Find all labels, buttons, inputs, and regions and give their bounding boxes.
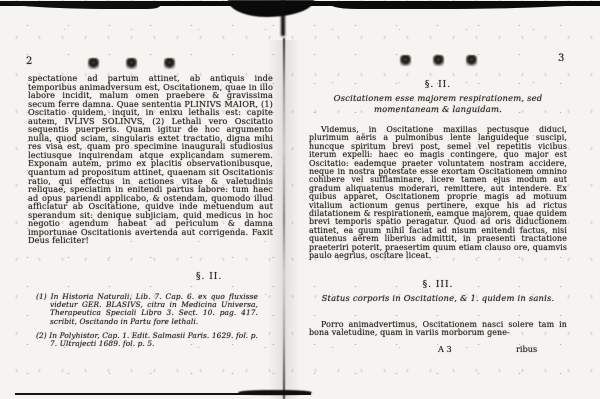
signature-mark: A 3 — [438, 344, 452, 354]
header-ornaments-left — [88, 58, 175, 69]
scan-gutter-drip — [281, 0, 285, 36]
catchword: ribus — [516, 344, 537, 354]
fleuron-icon — [88, 58, 99, 69]
footnotes: (1) In Historia Naturali, Lib. 7. Cap. 6… — [36, 293, 258, 354]
body-text-right: Videmus, in Oscitatione maxillas pectusq… — [309, 126, 567, 278]
section-heading-2: Oscitationem esse majorem respirationem,… — [308, 93, 568, 114]
fleuron-icon — [466, 55, 477, 66]
body-text-right-2: Porro animadvertimus, Oscitationem nasci… — [309, 321, 567, 340]
fleuron-icon — [400, 55, 411, 66]
book-scan: 2 spectatione ad partum attinet, ab anti… — [0, 0, 600, 399]
fleuron-icon — [126, 58, 137, 69]
scan-gutter-blob — [228, 0, 314, 17]
section-mark-2: §. II. — [310, 80, 566, 90]
fleuron-icon — [433, 55, 444, 66]
gutter-fold-line — [283, 38, 285, 399]
footnote-1: (1) In Historia Naturali, Lib. 7. Cap. 6… — [36, 293, 258, 326]
fleuron-icon — [164, 58, 175, 69]
section-mark-3: §. III. — [310, 280, 566, 290]
scan-bottom-bump — [238, 390, 312, 395]
scan-top-edge-right — [330, 1, 600, 9]
section-heading-3: Status corporis in Oscitatione, & 1. qui… — [318, 293, 558, 304]
section-mark-left: §. II. — [196, 272, 222, 282]
footnote-2: (2) In Polyhistor, Cap. 1. Edit. Salmasi… — [36, 332, 258, 348]
body-text-left: spectatione ad partum attinet, ab antiqu… — [28, 74, 273, 246]
scan-top-edge-left — [0, 1, 160, 9]
page-number-right: 3 — [558, 53, 564, 64]
page-number-left: 2 — [26, 56, 32, 67]
header-ornaments-right — [400, 55, 477, 66]
